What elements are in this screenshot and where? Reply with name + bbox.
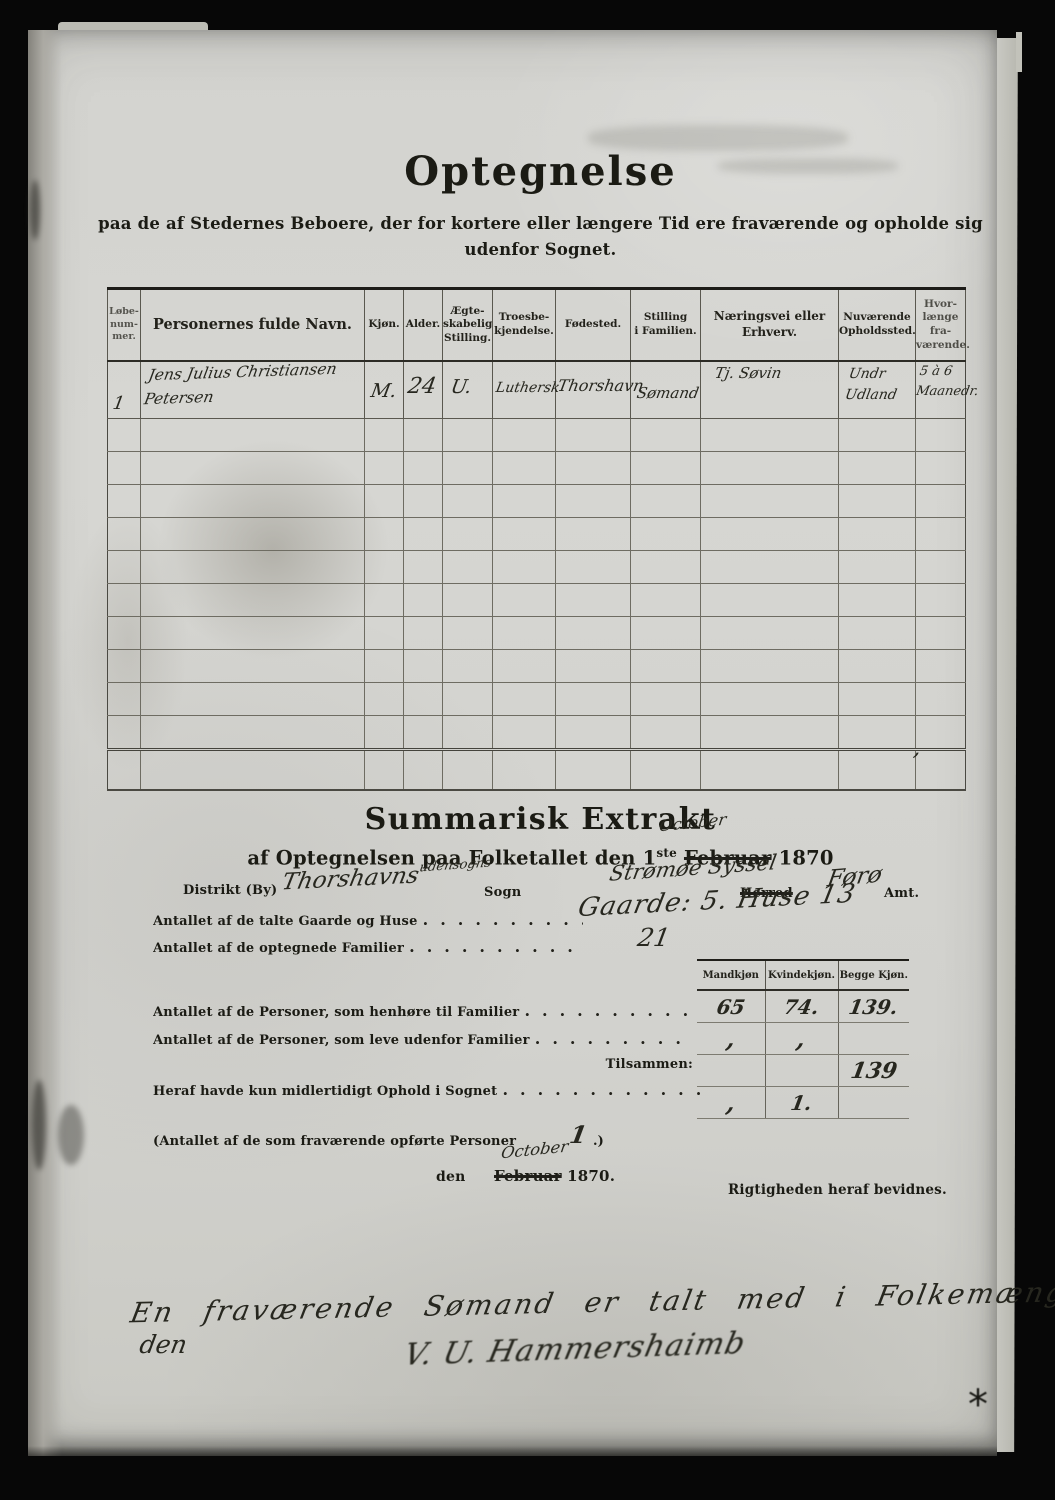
empty-cell (141, 617, 365, 650)
empty-cell (631, 485, 701, 518)
date-year: 1870. (567, 1167, 615, 1185)
empty-table-row (108, 750, 966, 791)
empty-table-row (108, 485, 966, 518)
val-midlertidigt-k: 1. (765, 1087, 838, 1119)
ink-blotch (58, 1105, 84, 1165)
table-header-row: Løbe- num- mer. Personernes fulde Navn. … (108, 289, 966, 362)
sogn-label: Sogn (484, 885, 521, 900)
empty-cell (443, 551, 493, 584)
empty-table-row (108, 452, 966, 485)
date-month-year: Februar 1870. (494, 1167, 615, 1185)
empty-cell (141, 650, 365, 683)
val-tilsammen-k (765, 1055, 838, 1087)
empty-cell (916, 716, 966, 750)
empty-cell (556, 617, 631, 650)
empty-cell (631, 419, 701, 452)
empty-table-row (108, 683, 966, 716)
absentee-count-close: .) (593, 1134, 604, 1149)
udenfor-line: Antallet af de Personer, som leve udenfo… (153, 1029, 693, 1048)
col-header-fodested: Fødested. (556, 289, 631, 362)
empty-cell (701, 617, 839, 650)
empty-cell (556, 551, 631, 584)
empty-cell (701, 584, 839, 617)
empty-cell (141, 485, 365, 518)
familier-value: 21 (635, 923, 672, 952)
empty-table-row (108, 551, 966, 584)
val-udenfor-m: , (697, 1023, 765, 1055)
empty-cell (108, 650, 141, 683)
cell-naeringsvei: Tj. Søvin (701, 361, 839, 419)
subtitle-line2: udenfor Sognet. (84, 238, 997, 263)
empty-cell (443, 683, 493, 716)
col-header-kjon: Kjøn. (365, 289, 404, 362)
empty-cell (631, 683, 701, 716)
val-henhore-m: 65 (697, 990, 765, 1023)
row-udenfor-values: , , (697, 1023, 909, 1055)
empty-cell (839, 551, 916, 584)
empty-cell (493, 518, 556, 551)
col-header-alder: Alder. (404, 289, 443, 362)
cell-opholdssted: Undr Udland (839, 361, 916, 419)
empty-table-row (108, 617, 966, 650)
absentee-count-label: (Antallet af de som fraværende opførte P… (153, 1134, 516, 1149)
empty-cell (839, 617, 916, 650)
marginal-note-line2: den (137, 1330, 189, 1359)
col-header-lobenummer: Løbe- num- mer. (108, 289, 141, 362)
empty-cell (108, 584, 141, 617)
scanned-book-background: Optegnelse paa de af Stedernes Beboere, … (0, 0, 1055, 1500)
cell-lobenummer: 1 (108, 361, 141, 419)
row-henhore-values: 65 74. 139. (697, 990, 909, 1023)
empty-cell (141, 584, 365, 617)
col-header-aegteskabelig: Ægte- skabelig Stilling. (443, 289, 493, 362)
empty-cell (443, 650, 493, 683)
empty-cell (493, 584, 556, 617)
empty-cell (916, 485, 966, 518)
empty-cell (443, 584, 493, 617)
cell-hvorlaenge: 5 à 6 Maanedr. (916, 361, 966, 419)
empty-cell (839, 518, 916, 551)
col-header-hvorlaenge: Hvor- længe fra- værende. (916, 289, 966, 362)
empty-cell (701, 716, 839, 750)
col-header-troesbekjendelse: Troesbe- kjendelse. (493, 289, 556, 362)
empty-cell (493, 650, 556, 683)
binding-spine-shadow (28, 30, 62, 1456)
col-header-stilling: Stilling i Familien. (631, 289, 701, 362)
gaarde-value: Gaarde: 5. Huse 13 (575, 879, 858, 923)
empty-cell (443, 716, 493, 750)
empty-table-row (108, 419, 966, 452)
col-header-opholdssted: Nuværende Opholdssted. (839, 289, 916, 362)
leader-dots: ................ (535, 1029, 693, 1048)
empty-cell (404, 617, 443, 650)
empty-cell (365, 683, 404, 716)
tilsammen-label: Tilsammen: (458, 1057, 693, 1072)
empty-cell (404, 584, 443, 617)
empty-cell (916, 518, 966, 551)
date-den-label: den (436, 1169, 465, 1185)
col-header-naeringsvei: Næringsvei eller Erhverv. (701, 289, 839, 362)
gaarde-label: Antallet af de talte Gaarde og Huse (153, 914, 418, 929)
cell-aegteskabelig: U. (443, 361, 493, 419)
census-form-page: Optegnelse paa de af Stedernes Beboere, … (28, 30, 997, 1456)
empty-cell (916, 650, 966, 683)
cell-stilling: Sømand (631, 361, 701, 419)
empty-cell (916, 419, 966, 452)
date-struck-month: Februar (494, 1167, 562, 1185)
sex-count-table: Mandkjøn Kvindekjøn. Begge Kjøn. 65 74. … (697, 959, 909, 1119)
familier-label: Antallet af de optegnede Familier (153, 941, 404, 956)
val-tilsammen-b: 139 (838, 1055, 909, 1087)
empty-cell (404, 452, 443, 485)
empty-cell (365, 518, 404, 551)
heraf-line: Heraf havde kun midlertidigt Ophold i So… (153, 1080, 708, 1099)
empty-cell (108, 683, 141, 716)
empty-cell (365, 617, 404, 650)
leader-dots: ................ (423, 910, 583, 929)
empty-cell (631, 750, 701, 791)
cell-fodested: Thorshavn (556, 361, 631, 419)
empty-cell (631, 650, 701, 683)
sex-table-header-row: Mandkjøn Kvindekjøn. Begge Kjøn. (697, 960, 909, 990)
page-title: Optegnelse (84, 148, 997, 195)
col-kvindekjon: Kvindekjøn. (765, 960, 838, 990)
empty-cell (141, 683, 365, 716)
empty-cell (701, 750, 839, 791)
empty-cell (404, 518, 443, 551)
empty-cell (631, 617, 701, 650)
empty-cell (916, 584, 966, 617)
empty-cell (631, 452, 701, 485)
empty-cell (493, 683, 556, 716)
empty-table-row (108, 650, 966, 683)
empty-cell (916, 551, 966, 584)
empty-cell (141, 716, 365, 750)
summary-sub-year: 1870 (779, 847, 834, 870)
cell-troesbekjendelse: Luthersk (493, 361, 556, 419)
empty-cell (916, 750, 966, 791)
ink-blotch (32, 1080, 46, 1170)
val-midlertidigt-b (838, 1087, 909, 1119)
empty-cell (404, 551, 443, 584)
signature: V. U. Hammershaimb (401, 1326, 749, 1373)
empty-cell (108, 452, 141, 485)
empty-table-row (108, 584, 966, 617)
empty-cell (701, 518, 839, 551)
empty-cell (839, 584, 916, 617)
col-beggekjon: Begge Kjøn. (838, 960, 909, 990)
heraf-label: Heraf havde kun midlertidigt Ophold i So… (153, 1084, 497, 1099)
empty-cell (701, 650, 839, 683)
empty-cell (701, 419, 839, 452)
empty-cell (404, 419, 443, 452)
empty-cell (365, 419, 404, 452)
cell-kjon: M. (365, 361, 404, 419)
empty-cell (493, 551, 556, 584)
empty-cell (839, 419, 916, 452)
familier-line: Antallet af de optegnede Familier ......… (153, 937, 583, 956)
empty-cell (493, 485, 556, 518)
empty-cell (839, 683, 916, 716)
udenfor-label: Antallet af de Personer, som leve udenfo… (153, 1033, 530, 1048)
marginal-note-line1: En fraværende Sømand er talt med i Folke… (128, 1276, 1055, 1330)
empty-cell (493, 419, 556, 452)
empty-cell (493, 617, 556, 650)
empty-cell (443, 750, 493, 791)
empty-cell (443, 452, 493, 485)
empty-cell (556, 750, 631, 791)
empty-cell (493, 750, 556, 791)
col-header-navn: Personernes fulde Navn. (141, 289, 365, 362)
empty-cell (141, 551, 365, 584)
empty-cell (365, 650, 404, 683)
empty-cell (631, 551, 701, 584)
ink-star-mark: * (968, 1382, 988, 1428)
empty-cell (631, 518, 701, 551)
absentees-register-table: Løbe- num- mer. Personernes fulde Navn. … (107, 287, 966, 791)
empty-cell (365, 716, 404, 750)
empty-cell (108, 419, 141, 452)
empty-cell (493, 452, 556, 485)
empty-cell (141, 750, 365, 791)
empty-cell (556, 683, 631, 716)
empty-cell (404, 716, 443, 750)
empty-cell (701, 452, 839, 485)
empty-cell (108, 485, 141, 518)
empty-cell (141, 452, 365, 485)
empty-cell (916, 683, 966, 716)
empty-cell (404, 683, 443, 716)
cell-navn: Jens Julius Christiansen Petersen (141, 361, 365, 419)
empty-cell (365, 584, 404, 617)
empty-cell (839, 716, 916, 750)
empty-cell (556, 485, 631, 518)
empty-cell (443, 485, 493, 518)
empty-cell (556, 650, 631, 683)
empty-cell (701, 551, 839, 584)
empty-cell (631, 716, 701, 750)
empty-cell (141, 518, 365, 551)
empty-cell (404, 650, 443, 683)
val-udenfor-b (838, 1023, 909, 1055)
empty-cell (443, 419, 493, 452)
district-label: Distrikt (By) (183, 883, 277, 898)
empty-cell (108, 617, 141, 650)
empty-cell (365, 485, 404, 518)
empty-cell (839, 650, 916, 683)
empty-cell (365, 750, 404, 791)
row-tilsammen-values: 139 (697, 1055, 909, 1087)
empty-cell (108, 750, 141, 791)
row-midlertidigt-values: , 1. (697, 1087, 909, 1119)
empty-cell (556, 518, 631, 551)
empty-cell (701, 485, 839, 518)
empty-table-row (108, 518, 966, 551)
empty-cell (839, 485, 916, 518)
leader-dots: ................ (524, 1001, 693, 1020)
empty-cell (556, 584, 631, 617)
summary-heading: Summarisk Extrakt (84, 802, 997, 837)
empty-cell (404, 750, 443, 791)
empty-table-row (108, 716, 966, 750)
empty-cell (365, 551, 404, 584)
empty-cell (108, 551, 141, 584)
table-entry-row: 1 Jens Julius Christiansen Petersen M. 2… (108, 361, 966, 419)
empty-cell (404, 485, 443, 518)
empty-cell (916, 617, 966, 650)
page-edge-notch (1016, 32, 1022, 72)
empty-cell (839, 452, 916, 485)
empty-cell (365, 452, 404, 485)
henhore-line: Antallet af de Personer, som henhøre til… (153, 1001, 693, 1020)
amt-label: Amt. (884, 886, 919, 901)
empty-cell (701, 683, 839, 716)
empty-cell (443, 518, 493, 551)
empty-cell (631, 584, 701, 617)
empty-cell (108, 716, 141, 750)
empty-cell (108, 518, 141, 551)
subtitle-line1: paa de af Stedernes Beboere, der for kor… (84, 212, 997, 237)
empty-cell (493, 716, 556, 750)
empty-cell (556, 452, 631, 485)
empty-cell (141, 419, 365, 452)
empty-cell (839, 750, 916, 791)
val-henhore-b: 139. (838, 990, 909, 1023)
leader-dots: ................ (502, 1080, 708, 1099)
henhore-label: Antallet af de Personer, som henhøre til… (153, 1005, 519, 1020)
attestation-label: Rigtigheden heraf bevidnes. (728, 1182, 947, 1198)
leader-dots: ................ (409, 937, 583, 956)
val-henhore-k: 74. (765, 990, 838, 1023)
gaarde-line: Antallet af de talte Gaarde og Huse ....… (153, 910, 583, 929)
empty-cell (556, 716, 631, 750)
empty-cell (556, 419, 631, 452)
ink-blotch (30, 180, 40, 240)
absentee-count-value: 1 (568, 1120, 590, 1149)
val-udenfor-k: , (765, 1023, 838, 1055)
empty-cell (916, 452, 966, 485)
empty-cell (443, 617, 493, 650)
col-mandkjon: Mandkjøn (697, 960, 765, 990)
cell-alder: 24 (404, 361, 443, 419)
